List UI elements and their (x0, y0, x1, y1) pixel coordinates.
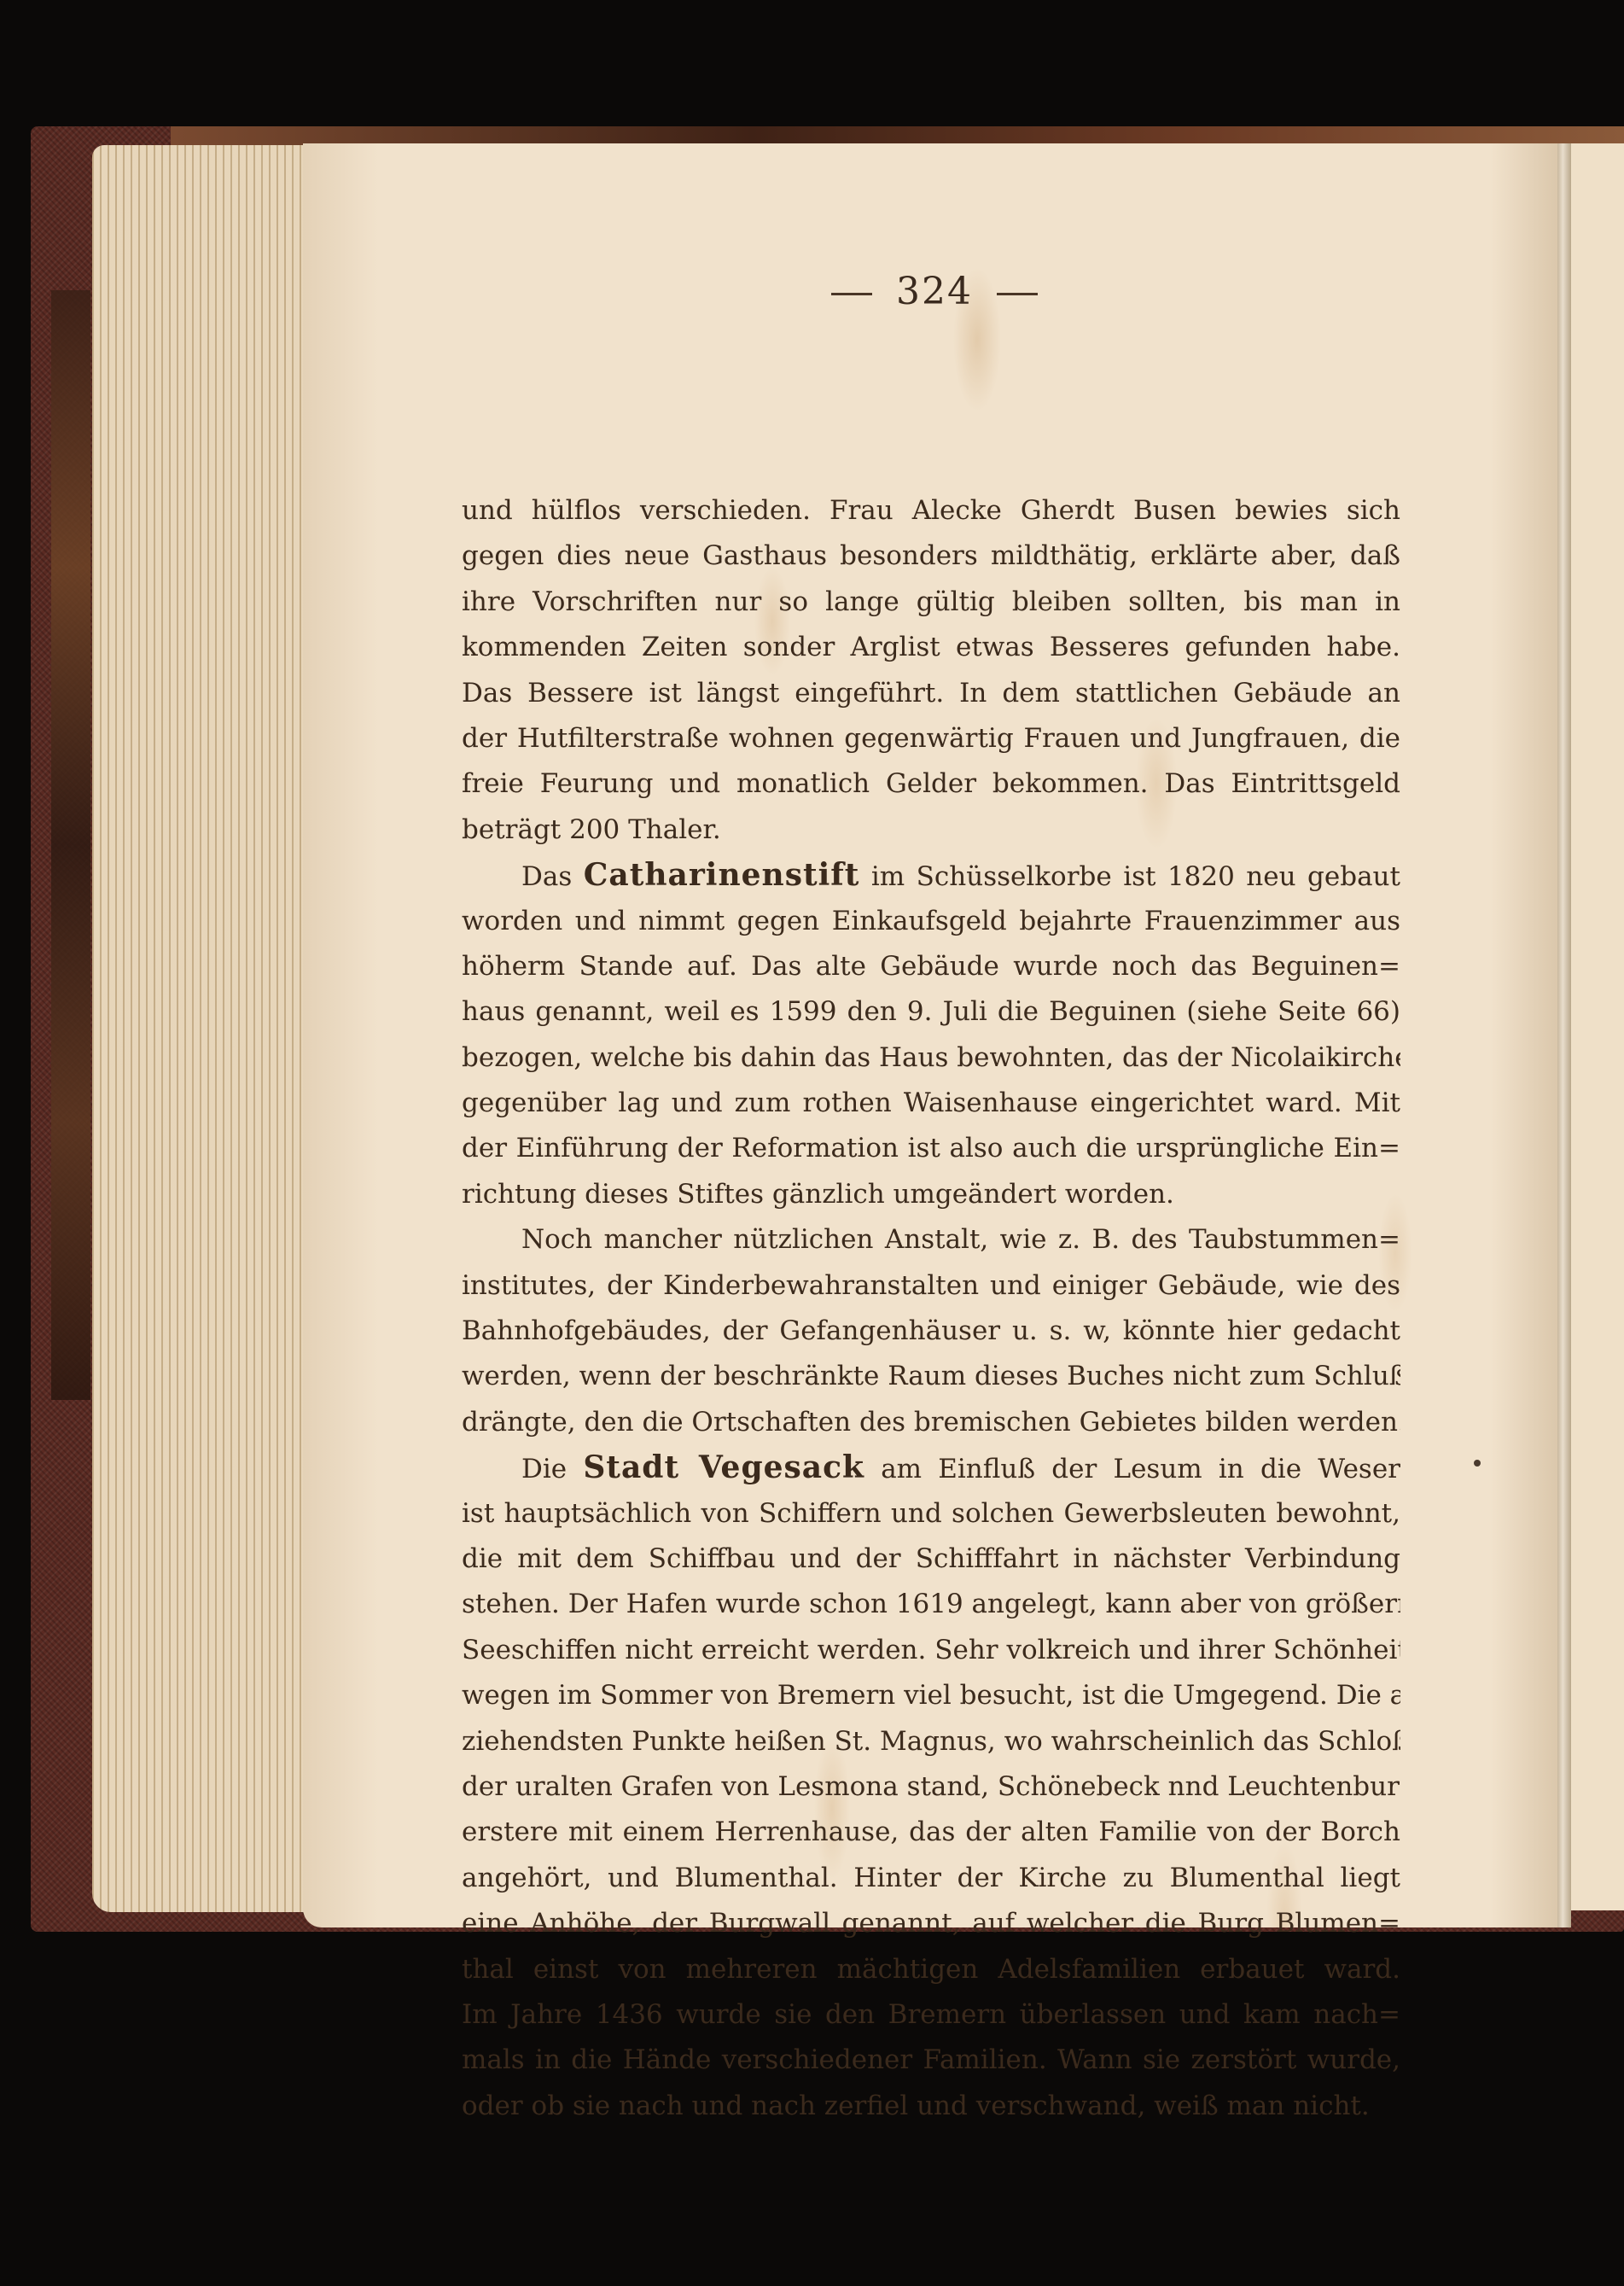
paragraph-first-line: Noch mancher nützlichen Anstalt, wie z. … (462, 1217, 1400, 1263)
page-edges-stack (92, 145, 314, 1912)
book-page: 324 und hülflos verschieden. Frau Alecke… (303, 143, 1566, 1927)
lead-word: Das (521, 861, 572, 892)
body-text: und hülflos verschieden. Frau Alecke Ghe… (462, 488, 1400, 2129)
text-line: angehört, und Blumenthal. Hinter der Kir… (462, 1856, 1400, 1901)
text-line: Seeschiffen nicht erreicht werden. Sehr … (462, 1628, 1400, 1673)
text-line: höherm Stande auf. Das alte Gebäude wurd… (462, 944, 1400, 989)
page-number: 324 (896, 270, 973, 313)
text-line: eine Anhöhe, der Burgwall genannt, auf w… (462, 1901, 1400, 1946)
text-line: ihre Vorschriften nur so lange gültig bl… (462, 580, 1400, 625)
text-line: stehen. Der Hafen wurde schon 1619 angel… (462, 1582, 1400, 1627)
text-line: drängte, den die Ortschaften des bremisc… (462, 1400, 1400, 1445)
text-line: wegen im Sommer von Bremern viel besucht… (462, 1673, 1400, 1718)
text-line: der uralten Grafen von Lesmona stand, Sc… (462, 1764, 1400, 1810)
header-dash-left (831, 293, 872, 295)
text-line: die mit dem Schiffbau und der Schifffahr… (462, 1537, 1400, 1582)
text-line: bezogen, welche bis dahin das Haus bewoh… (462, 1035, 1400, 1081)
text-line: ziehendsten Punkte heißen St. Magnus, wo… (462, 1719, 1400, 1764)
text-line: kommenden Zeiten sonder Arglist etwas Be… (462, 625, 1400, 670)
text-line: werden, wenn der beschränkte Raum dieses… (462, 1354, 1400, 1399)
heading-emphasis: Catharinenstift (584, 857, 860, 893)
text-line: worden und nimmt gegen Einkaufsgeld beja… (462, 899, 1400, 944)
cover-top-edge (171, 126, 1624, 145)
text-line: mals in die Hände verschiedener Familien… (462, 2038, 1400, 2083)
line-rest: im Schüsselkorbe ist 1820 neu gebaut (871, 861, 1400, 892)
text-line: haus genannt, weil es 1599 den 9. Juli d… (462, 989, 1400, 1035)
text-line: ist hauptsächlich von Schiffern und solc… (462, 1491, 1400, 1537)
text-line: richtung dieses Stiftes gänzlich umgeänd… (462, 1172, 1400, 1217)
paragraph-first-line: Die Stadt Vegesack am Einfluß der Lesum … (462, 1445, 1400, 1490)
text-line: gegenüber lag und zum rothen Waisenhause… (462, 1081, 1400, 1126)
text-line: freie Feurung und monatlich Gelder bekom… (462, 761, 1400, 807)
text-line: thal einst von mehreren mächtigen Adelsf… (462, 1947, 1400, 1992)
text-line: erstere mit einem Herrenhause, das der a… (462, 1810, 1400, 1855)
ink-speck (1474, 1460, 1481, 1467)
paragraph-first-line: Das Catharinenstift im Schüsselkorbe ist… (462, 853, 1400, 898)
line-rest: am Einfluß der Lesum in die Weser (881, 1454, 1400, 1484)
worn-spine-patch (51, 290, 90, 1400)
facing-page-edge (1571, 143, 1624, 1910)
text-line: institutes, der Kinderbewahranstalten un… (462, 1263, 1400, 1309)
text-line: Das Bessere ist längst eingeführt. In de… (462, 671, 1400, 716)
text-line: gegen dies neue Gasthaus besonders mildt… (462, 534, 1400, 579)
text-line: oder ob sie nach und nach zerfiel und ve… (462, 2084, 1400, 2129)
header-dash-right (997, 293, 1038, 295)
page-number-header: 324 (303, 270, 1566, 313)
text-line: der Einführung der Reformation ist also … (462, 1126, 1400, 1171)
text-line: und hülflos verschieden. Frau Alecke Ghe… (462, 488, 1400, 534)
heading-emphasis: Stadt Vegesack (583, 1449, 864, 1485)
text-line: Bahnhofgebäudes, der Gefangenhäuser u. s… (462, 1309, 1400, 1354)
text-line: Im Jahre 1436 wurde sie den Bremern über… (462, 1992, 1400, 2038)
text-line: der Hutfilterstraße wohnen gegenwärtig F… (462, 716, 1400, 761)
lead-word: Die (521, 1454, 567, 1484)
text-line: beträgt 200 Thaler. (462, 808, 1400, 853)
book-gutter (1557, 143, 1571, 1927)
